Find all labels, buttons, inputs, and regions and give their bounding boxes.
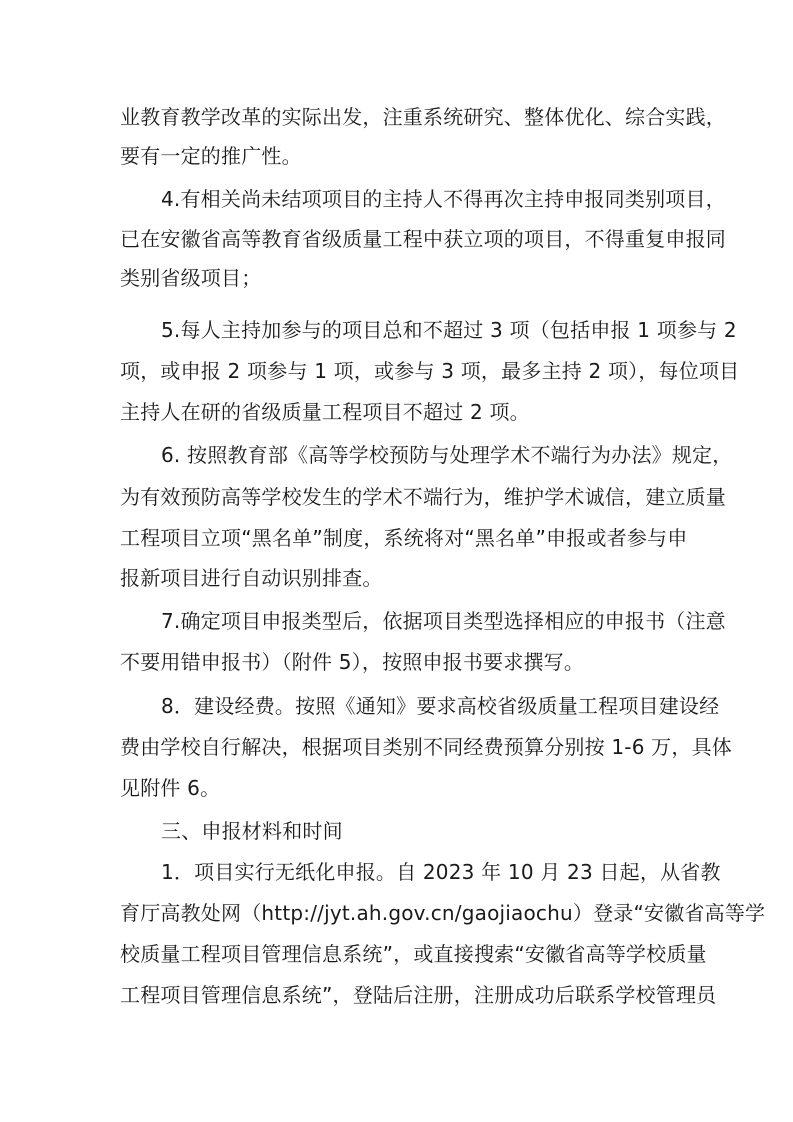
body-line: 校质量工程项目管理信息系统”，或直接搜索“安徽省高等学校质量: [120, 939, 676, 969]
body-line: 为有效预防高等学校发生的学术不端行为，维护学术诚信，建立质量: [120, 482, 676, 512]
body-line: 主持人在研的省级质量工程项目不超过 2 项。: [120, 397, 676, 427]
body-line: 工程项目立项“黑名单”制度，系统将对“黑名单”申报或者参与申: [120, 523, 676, 553]
body-line: 要有一定的推广性。: [120, 141, 676, 171]
list-item-8-line: 8．建设经费。按照《通知》要求高校省级质量工程项目建设经: [161, 691, 676, 721]
body-line: 报新项目进行自动识别排查。: [120, 563, 676, 593]
list-item-7-line: 7.确定项目申报类型后，依据项目类型选择相应的申报书（注意: [161, 606, 676, 636]
section-heading: 三、申报材料和时间: [161, 816, 676, 846]
list-item-6-line: 6. 按照教育部《高等学校预防与处理学术不端行为办法》规定，: [161, 440, 676, 470]
body-line: 不要用错申报书）（附件 5），按照申报书要求撰写。: [120, 647, 676, 677]
body-line: 业教育教学改革的实际出发，注重系统研究、整体优化、综合实践，: [120, 102, 676, 132]
document-page: 业教育教学改革的实际出发，注重系统研究、整体优化、综合实践， 要有一定的推广性。…: [0, 0, 793, 1122]
list-item-1-line: 1．项目实行无纸化申报。自 2023 年 10 月 23 日起，从省教: [161, 857, 676, 887]
body-line: 费由学校自行解决，根据项目类别不同经费预算分别按 1-6 万，具体: [120, 732, 676, 762]
body-line: 类别省级项目；: [120, 263, 676, 293]
body-line: 见附件 6。: [120, 773, 676, 803]
list-item-4-line: 4.有相关尚未结项项目的主持人不得再次主持申报同类别项目，: [161, 184, 676, 214]
list-item-5-line: 5.每人主持加参与的项目总和不超过 3 项（包括申报 1 项参与 2: [161, 315, 676, 345]
body-line-with-url: 育厅高教处网（http://jyt.ah.gov.cn/gaojiaochu）登…: [120, 898, 676, 928]
body-line: 已在安徽省高等教育省级质量工程中获立项的项目，不得重复申报同: [120, 224, 676, 254]
body-line: 项，或申报 2 项参与 1 项，或参与 3 项，最多主持 2 项），每位项目: [120, 356, 676, 386]
body-line: 工程项目管理信息系统”，登陆后注册，注册成功后联系学校管理员: [120, 980, 676, 1010]
